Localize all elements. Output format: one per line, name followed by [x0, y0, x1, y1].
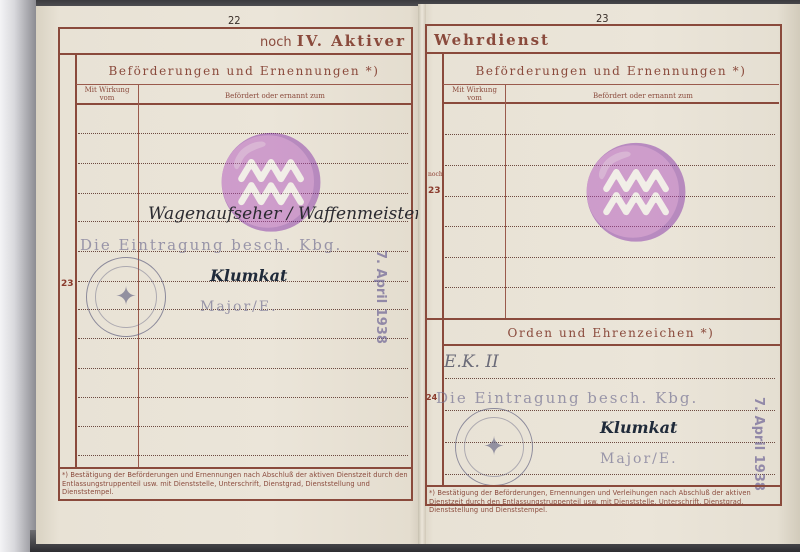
row-line — [445, 134, 775, 135]
row-line — [78, 338, 408, 339]
left-title-divider — [76, 84, 411, 85]
official-round-stamp: ✦ — [455, 408, 533, 486]
left-page-number: 22 — [228, 14, 241, 27]
rank-stamp: Major/E. — [200, 299, 278, 315]
right-margin-number: 23 — [428, 186, 441, 196]
left-colhead-divider — [76, 103, 411, 105]
row-line — [78, 426, 408, 427]
row-line — [78, 397, 408, 398]
officer-signature: Klumkat — [210, 266, 287, 285]
left-section-title: Beförderungen und Ernennungen *) — [77, 64, 411, 78]
right-footnote-divider — [425, 485, 782, 487]
watermark-eagle-icon: ♒ — [580, 140, 692, 245]
orden-top-divider — [425, 318, 782, 320]
right-footnote: *) Bestätigung der Beförderungen, Ernenn… — [429, 489, 779, 515]
col-effective-label: Mit Wirkung — [76, 86, 138, 94]
left-margin-divider — [75, 55, 77, 467]
officer-signature: Klumkat — [600, 418, 677, 437]
row-line — [78, 368, 408, 369]
right-column-divider — [505, 85, 506, 319]
orden-section-title: Orden und Ehrenzeichen *) — [444, 326, 778, 340]
eagle-emblem-icon: ✦ — [115, 282, 137, 312]
handwritten-award: E.K. II — [444, 352, 499, 372]
entry-stamp-text: Die Eintragung besch. Kbg. — [436, 389, 698, 407]
right-margin-divider — [442, 54, 444, 486]
right-section-title: Beförderungen und Ernennungen *) — [444, 64, 778, 78]
rank-stamp: Major/E. — [600, 451, 678, 467]
row-line — [445, 257, 775, 258]
row-line — [445, 378, 775, 379]
background-edge — [0, 0, 36, 552]
entry-stamp-text: Die Eintragung besch. Kbg. — [80, 236, 342, 254]
row-line — [445, 287, 775, 288]
col-effective-label-2: vom — [443, 94, 506, 102]
date-stamp: 7. April 1938 — [751, 397, 766, 491]
left-col-rank-header: Befördert oder ernannt zum — [139, 92, 411, 100]
right-title-divider — [443, 84, 779, 85]
right-margin-noch: noch — [428, 171, 443, 178]
left-margin-number: 23 — [61, 279, 74, 289]
left-header-prefix: noch — [260, 35, 292, 50]
left-footnote-divider — [58, 467, 413, 469]
date-stamp: 7. April 1938 — [373, 250, 388, 344]
right-header-divider — [425, 52, 782, 54]
col-effective-label: Mit Wirkung — [443, 86, 506, 94]
right-colhead-divider — [443, 102, 779, 104]
left-header-title: IV. Aktiver — [297, 32, 406, 50]
eagle-emblem-icon: ✦ — [483, 432, 505, 462]
left-footnote: *) Bestätigung der Beförderungen und Ern… — [62, 471, 410, 497]
left-col-effective-header: Mit Wirkung vom — [76, 86, 138, 102]
official-round-stamp: ✦ — [86, 257, 166, 337]
left-header-divider — [58, 53, 413, 55]
right-col-rank-header: Befördert oder ernannt zum — [507, 92, 779, 100]
orden-title-divider — [443, 344, 780, 346]
col-effective-label-2: vom — [76, 94, 138, 102]
right-col-effective-header: Mit Wirkung vom — [443, 86, 506, 102]
row-line — [78, 455, 408, 456]
left-header: noch IV. Aktiver — [60, 31, 406, 53]
handwritten-rank: Wagenaufseher / Waffenmeister — [148, 204, 422, 224]
right-header-title: Wehrdienst — [434, 31, 550, 49]
